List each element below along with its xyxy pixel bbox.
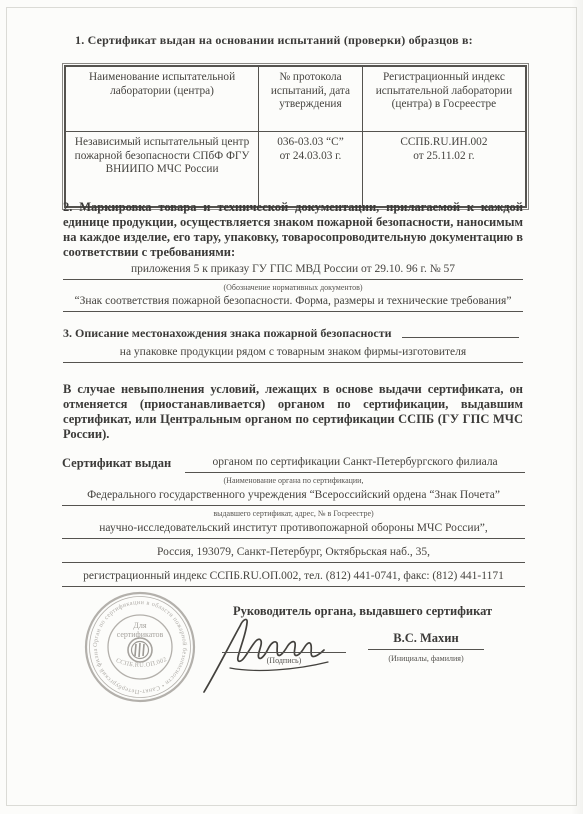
- issued-by-label: Сертификат выдан: [62, 456, 185, 473]
- issuing-org-line3: научно-исследовательский институт против…: [62, 522, 525, 539]
- signature-caption: (Подпись): [222, 656, 346, 666]
- stamp-emblem: [128, 638, 152, 662]
- lab-table-header-regindex: Регистрационный индекс испытательной лаб…: [362, 66, 526, 132]
- regindex-number: ССПБ.RU.ИН.002: [371, 136, 517, 150]
- head-name-line: [368, 649, 484, 650]
- issuing-org-address: Россия, 193079, Санкт-Петербург, Октябрь…: [62, 546, 525, 563]
- lab-table-header-row: Наименование испытательной лаборатории (…: [65, 66, 526, 132]
- issuing-org-line2: Федерального государственного учреждения…: [62, 489, 525, 506]
- revocation-paragraph: В случае невыполнения условий, лежащих в…: [63, 382, 523, 442]
- section3: 3. Описание местонахождения знака пожарн…: [63, 325, 523, 363]
- regindex-cell: ССПБ.RU.ИН.002 от 25.11.02 г.: [362, 132, 526, 208]
- section3-heading: 3. Описание местонахождения знака пожарн…: [63, 326, 392, 341]
- lab-table: Наименование испытательной лаборатории (…: [62, 63, 529, 210]
- issuing-org-caption2: выдавшего сертификат, адрес, № в Госреес…: [62, 509, 525, 519]
- head-name: В.С. Махин: [370, 631, 482, 646]
- stamp-center-line1: Для: [133, 621, 146, 630]
- protocol-date: от 24.03.03 г.: [267, 150, 354, 164]
- section2-heading: 2. Маркировка товара и технической докум…: [63, 200, 523, 260]
- lab-name-cell: Независимый испытательный центр пожарной…: [65, 132, 259, 208]
- issuing-org-line1: органом по сертификации Санкт-Петербургс…: [185, 456, 525, 473]
- section3-value-field: на упаковке продукции рядом с товарным з…: [63, 346, 523, 363]
- issued-by-block: Сертификат выдан органом по сертификации…: [62, 456, 525, 587]
- protocol-number: 036-03.03 “С”: [267, 136, 354, 150]
- head-name-caption: (Инициалы, фамилия): [368, 654, 484, 664]
- section1-heading: 1. Сертификат выдан на основании испытан…: [75, 33, 525, 48]
- protocol-cell: 036-03.03 “С” от 24.03.03 г.: [259, 132, 363, 208]
- certificate-page: 1. Сертификат выдан на основании испытан…: [0, 0, 583, 814]
- lab-table-header-protocol: № протокола испытаний, дата утверждения: [259, 66, 363, 132]
- signature-line: [222, 652, 346, 653]
- norm-reference-field: приложения 5 к приказу ГУ ГПС МВД России…: [63, 263, 523, 280]
- round-stamp: Орган по сертификации в области пожарной…: [82, 589, 198, 705]
- lab-table-header-lab: Наименование испытательной лаборатории (…: [65, 66, 259, 132]
- lab-table-data-row: Независимый испытательный центр пожарной…: [65, 132, 526, 208]
- issuing-org-caption1: (Наименование органа по сертификации,: [62, 476, 525, 486]
- norm-title-field: “Знак соответствия пожарной безопасности…: [63, 295, 523, 312]
- section2: 2. Маркировка товара и технической докум…: [63, 200, 523, 312]
- scan-edge-shade: [571, 0, 583, 814]
- regindex-date: от 25.11.02 г.: [371, 150, 517, 164]
- section3-blank-line: [402, 325, 519, 338]
- issuing-org-regindex-contacts: регистрационный индекс ССПБ.RU.ОП.002, т…: [62, 570, 525, 587]
- norm-reference-caption: (Обозначение нормативных документов): [63, 283, 523, 293]
